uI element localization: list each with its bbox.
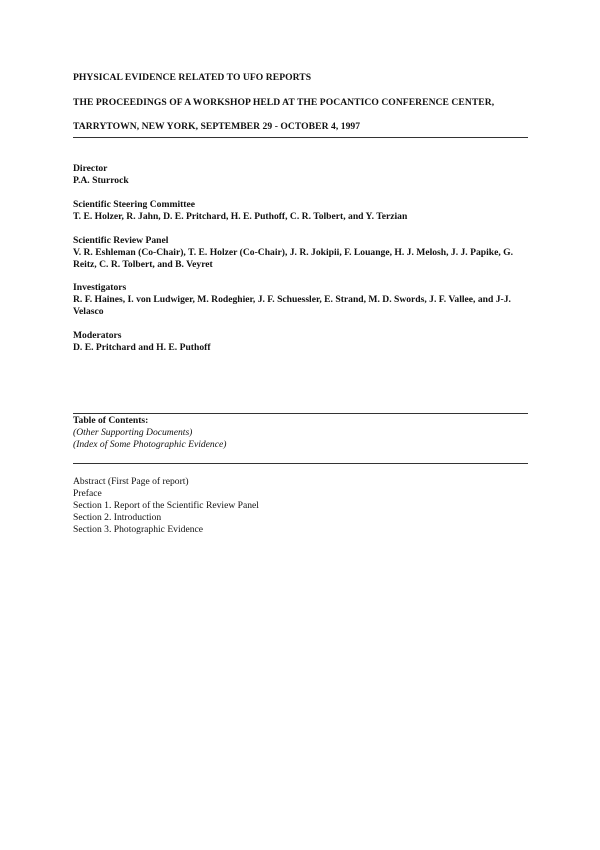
header-divider xyxy=(73,137,528,138)
toc-link-other-supporting-documents[interactable]: (Other Supporting Documents) xyxy=(73,427,226,439)
toc-supporting-links: (Other Supporting Documents) (Index of S… xyxy=(73,427,226,451)
toc-item-section-3[interactable]: Section 3. Photographic Evidence xyxy=(73,524,259,536)
toc-bottom-divider xyxy=(73,463,528,464)
document-subtitle: THE PROCEEDINGS OF A WORKSHOP HELD AT TH… xyxy=(73,97,494,108)
section-review-panel: Scientific Review Panel V. R. Eshleman (… xyxy=(73,235,528,272)
toc-top-divider xyxy=(73,413,528,414)
toc-link-index-photographic-evidence[interactable]: (Index of Some Photographic Evidence) xyxy=(73,439,226,451)
section-moderators: Moderators D. E. Pritchard and H. E. Put… xyxy=(73,330,528,354)
section-director: Director P.A. Sturrock xyxy=(73,163,528,187)
section-heading: Scientific Review Panel xyxy=(73,235,528,247)
section-heading: Moderators xyxy=(73,330,528,342)
section-steering-committee: Scientific Steering Committee T. E. Holz… xyxy=(73,199,528,223)
section-body: V. R. Eshleman (Co-Chair), T. E. Holzer … xyxy=(73,247,528,271)
toc-item-preface[interactable]: Preface xyxy=(73,488,259,500)
document-title: PHYSICAL EVIDENCE RELATED TO UFO REPORTS xyxy=(73,72,311,83)
toc-item-section-1[interactable]: Section 1. Report of the Scientific Revi… xyxy=(73,500,259,512)
document-location-date: TARRYTOWN, NEW YORK, SEPTEMBER 29 - OCTO… xyxy=(73,121,360,132)
section-body: P.A. Sturrock xyxy=(73,175,528,187)
section-body: R. F. Haines, I. von Ludwiger, M. Rodegh… xyxy=(73,294,528,318)
section-body: D. E. Pritchard and H. E. Puthoff xyxy=(73,342,528,354)
toc-item-abstract[interactable]: Abstract (First Page of report) xyxy=(73,476,259,488)
section-heading: Scientific Steering Committee xyxy=(73,199,528,211)
section-body: T. E. Holzer, R. Jahn, D. E. Pritchard, … xyxy=(73,211,528,223)
section-heading: Investigators xyxy=(73,282,528,294)
toc-title: Table of Contents: xyxy=(73,415,148,427)
toc-item-section-2[interactable]: Section 2. Introduction xyxy=(73,512,259,524)
toc-list: Abstract (First Page of report) Preface … xyxy=(73,476,259,536)
section-investigators: Investigators R. F. Haines, I. von Ludwi… xyxy=(73,282,528,319)
section-heading: Director xyxy=(73,163,528,175)
